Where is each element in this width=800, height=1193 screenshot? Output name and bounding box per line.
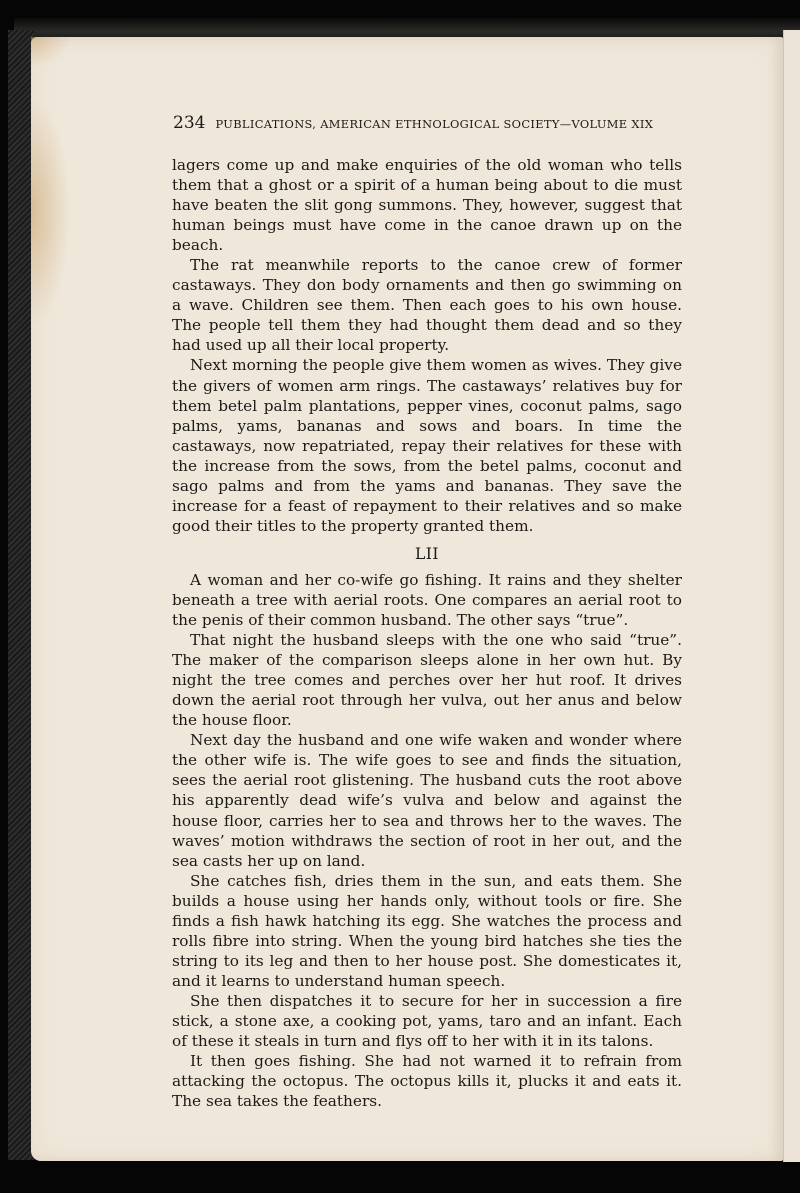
paragraph: A woman and her co-wife go fishing. It r…: [172, 570, 682, 630]
page-number: 234: [173, 113, 205, 133]
paragraph: She then dispatches it to secure for her…: [172, 991, 682, 1051]
water-stain-corner: [31, 37, 71, 67]
body-text: lagers come up and make enquiries of the…: [172, 155, 682, 1111]
running-head: PUBLICATIONS, AMERICAN ETHNOLOGICAL SOCI…: [215, 117, 653, 131]
section-heading: LII: [172, 544, 682, 564]
paragraph: It then goes fishing. She had not warned…: [172, 1051, 682, 1111]
paragraph: That night the husband sleeps with the o…: [172, 630, 682, 730]
adjacent-page-edge: [783, 30, 800, 1162]
paragraph: The rat meanwhile reports to the canoe c…: [172, 255, 682, 355]
page-header: 234 PUBLICATIONS, AMERICAN ETHNOLOGICAL …: [173, 113, 681, 133]
paragraph: lagers come up and make enquiries of the…: [172, 155, 682, 255]
paragraph: Next morning the people give them women …: [172, 355, 682, 535]
water-stain-margin: [31, 97, 71, 327]
paragraph: Next day the husband and one wife waken …: [172, 730, 682, 870]
paragraph: She catches fish, dries them in the sun,…: [172, 871, 682, 991]
